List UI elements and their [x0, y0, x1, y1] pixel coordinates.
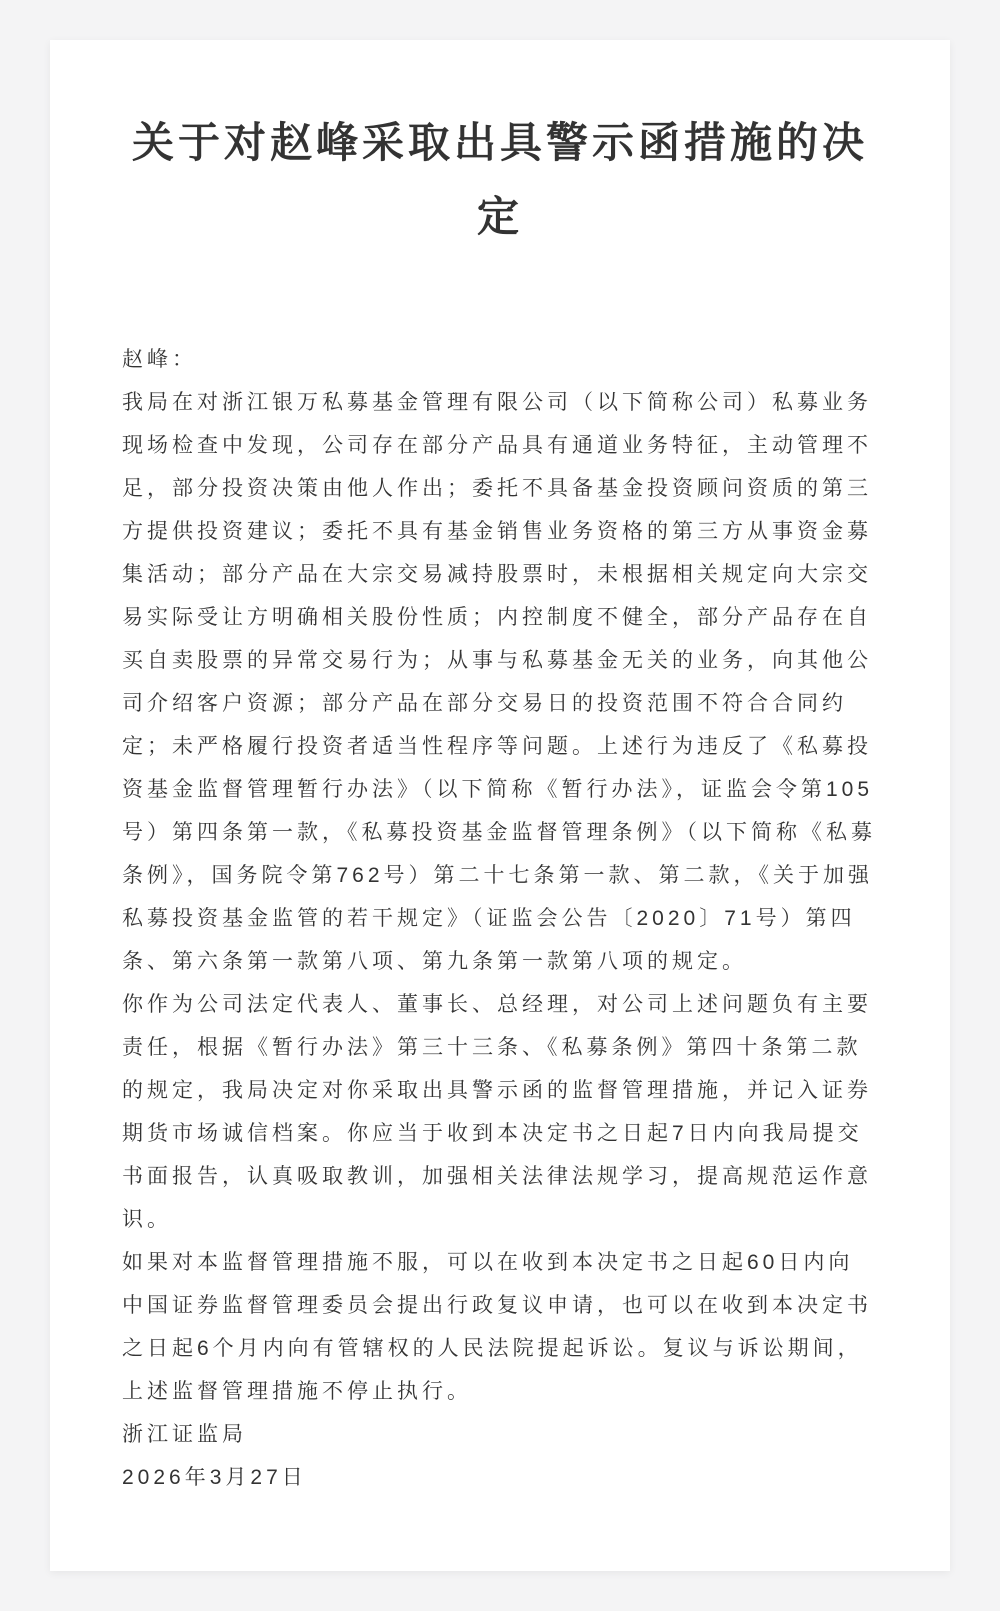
findings-paragraph: 我局在对浙江银万私募基金管理有限公司（以下简称公司）私募业务现场检查中发现，公司… — [122, 381, 878, 983]
page-background: 关于对赵峰采取出具警示函措施的决定 赵峰： 我局在对浙江银万私募基金管理有限公司… — [0, 0, 1000, 1611]
salutation: 赵峰： — [122, 338, 878, 381]
document-card: 关于对赵峰采取出具警示函措施的决定 赵峰： 我局在对浙江银万私募基金管理有限公司… — [50, 40, 950, 1571]
document-title: 关于对赵峰采取出具警示函措施的决定 — [122, 106, 878, 254]
document-body: 赵峰： 我局在对浙江银万私募基金管理有限公司（以下简称公司）私募业务现场检查中发… — [122, 338, 878, 1499]
issuer-signature: 浙江证监局 — [122, 1413, 878, 1456]
appeal-rights-paragraph: 如果对本监督管理措施不服，可以在收到本决定书之日起60日内向中国证券监督管理委员… — [122, 1241, 878, 1413]
decision-paragraph: 你作为公司法定代表人、董事长、总经理，对公司上述问题负有主要责任，根据《暂行办法… — [122, 983, 878, 1241]
issue-date: 2026年3月27日 — [122, 1456, 878, 1499]
